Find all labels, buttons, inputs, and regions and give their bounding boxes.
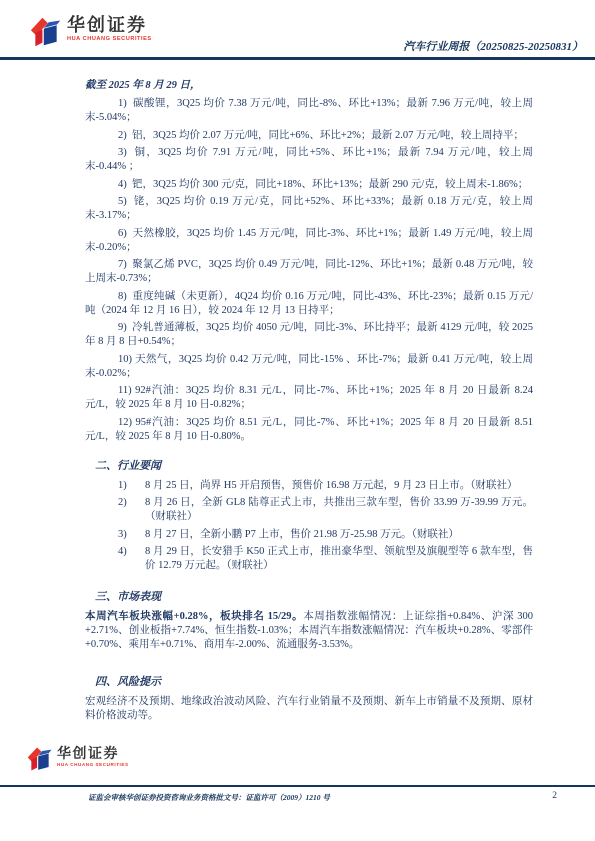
item-number: 3) (118, 147, 127, 158)
price-item: 3) 铜，3Q25 均价 7.91 万元/吨，同比+5%、环比+1%；最新 7.… (85, 146, 533, 174)
logo-name-en: HUA CHUANG SECURITIES (57, 763, 129, 768)
item-number: 12) (118, 417, 132, 428)
item-text: 天然橡胶，3Q25 均价 1.45 万元/吨，同比-3%、环比+1%；最新 1.… (85, 228, 533, 253)
price-item: 6) 天然橡胶，3Q25 均价 1.45 万元/吨，同比-3%、环比+1%；最新… (85, 227, 533, 255)
footer-company-logo: 华创证券 HUA CHUANG SECURITIES (27, 746, 129, 772)
item-number: 2) (118, 130, 127, 141)
section-heading-risk: 四、风险提示 (85, 675, 533, 689)
news-item: 2)8 月 26 日，全新 GL8 陆尊正式上市，共推出三款车型，售价 33.9… (85, 496, 533, 524)
item-text: 8 月 29 日，长安猎手 K50 正式上市，推出豪华型、领航型及旗舰型等 6 … (145, 545, 533, 573)
item-number: 4) (118, 179, 127, 190)
item-number: 1) (118, 479, 145, 493)
item-text: 铝，3Q25 均价 2.07 万元/吨，同比+6%、环比+2%；最新 2.07 … (132, 130, 524, 141)
date-lead: 截至 2025 年 8 月 29 日， (85, 79, 533, 93)
item-text: 铜，3Q25 均价 7.91 万元/吨，同比+5%、环比+1%；最新 7.94 … (85, 147, 533, 172)
logo-name-en: HUA CHUANG SECURITIES (67, 37, 152, 43)
item-text: 95#汽油：3Q25 均价 8.51 元/L，同比-7%、环比+1%；2025 … (85, 417, 533, 442)
huachuang-cube-icon (30, 16, 62, 48)
page-number: 2 (552, 791, 557, 801)
item-text: 冷轧普通薄板，3Q25 均价 4050 元/吨，同比-3%、环比持平；最新 41… (85, 322, 533, 347)
item-text: 8 月 27 日，全新小鹏 P7 上市，售价 21.98 万-25.98 万元。… (145, 528, 533, 542)
report-page: 华创证券 HUA CHUANG SECURITIES 汽车行业周报（202508… (0, 0, 595, 841)
logo-name-cn: 华创证券 (57, 746, 129, 760)
footer-license-text: 证监会审核华创证券投资咨询业务资格批文号：证监许可（2009）1210 号 (88, 792, 330, 803)
price-item: 8) 重度纯碱（未更新），4Q24 均价 0.16 万元/吨，同比-43%、环比… (85, 290, 533, 318)
risk-paragraph: 宏观经济不及预期、地缘政治波动风险、汽车行业销量不及预期、新车上市销量不及预期、… (85, 695, 533, 723)
item-text: 碳酸锂，3Q25 均价 7.38 万元/吨，同比-8%、环比+13%；最新 7.… (85, 98, 533, 123)
item-number: 3) (118, 528, 145, 542)
news-item: 4)8 月 29 日，长安猎手 K50 正式上市，推出豪华型、领航型及旗舰型等 … (85, 545, 533, 573)
huachuang-cube-icon (27, 746, 53, 772)
item-number: 2) (118, 496, 145, 524)
price-item: 9) 冷轧普通薄板，3Q25 均价 4050 元/吨，同比-3%、环比持平；最新… (85, 321, 533, 349)
item-text: 天然气，3Q25 均价 0.42 万元/吨，同比-15% 、环比-7%；最新 0… (85, 354, 533, 379)
price-item: 4) 钯，3Q25 均价 300 元/克，同比+18%、环比+13%；最新 29… (85, 178, 533, 192)
item-number: 8) (118, 291, 127, 302)
section-heading-market: 三、市场表现 (85, 590, 533, 604)
market-paragraph: 本周汽车板块涨幅+0.28%，板块排名 15/29。本周指数涨幅情况：上证综指+… (85, 610, 533, 652)
report-title: 汽车行业周报（20250825-20250831） (403, 38, 583, 54)
item-number: 6) (118, 228, 127, 239)
news-item: 1)8 月 25 日，尚界 H5 开启预售，预售价 16.98 万元起，9 月 … (85, 479, 533, 493)
market-lead: 本周汽车板块涨幅+0.28%，板块排名 15/29。 (85, 611, 303, 622)
item-text: 8 月 25 日，尚界 H5 开启预售，预售价 16.98 万元起，9 月 23… (145, 479, 533, 493)
logo-name-cn: 华创证券 (67, 16, 152, 34)
footer-rule (0, 785, 595, 787)
header-rule (0, 57, 595, 60)
item-text: 铑，3Q25 均价 0.19 万元/克，同比+52%、环比+33%；最新 0.1… (85, 196, 533, 221)
item-number: 10) (118, 354, 132, 365)
report-body: 截至 2025 年 8 月 29 日， 1) 碳酸锂，3Q25 均价 7.38 … (85, 79, 533, 723)
item-number: 7) (118, 259, 127, 270)
item-number: 1) (118, 98, 127, 109)
news-item: 3)8 月 27 日，全新小鹏 P7 上市，售价 21.98 万-25.98 万… (85, 528, 533, 542)
price-item: 10) 天然气，3Q25 均价 0.42 万元/吨，同比-15% 、环比-7%；… (85, 353, 533, 381)
item-number: 4) (118, 545, 145, 573)
item-text: 92#汽油：3Q25 均价 8.31 元/L，同比-7%、环比+1%；2025 … (85, 385, 533, 410)
item-number: 11) (118, 385, 132, 396)
price-item: 7) 聚氯乙烯 PVC，3Q25 均价 0.49 万元/吨，同比-12%、环比+… (85, 258, 533, 286)
item-text: 钯，3Q25 均价 300 元/克，同比+18%、环比+13%；最新 290 元… (132, 179, 528, 190)
price-item: 11) 92#汽油：3Q25 均价 8.31 元/L，同比-7%、环比+1%；2… (85, 384, 533, 412)
price-item: 2) 铝，3Q25 均价 2.07 万元/吨，同比+6%、环比+2%；最新 2.… (85, 129, 533, 143)
price-item: 5) 铑，3Q25 均价 0.19 万元/克，同比+52%、环比+33%；最新 … (85, 195, 533, 223)
company-logo: 华创证券 HUA CHUANG SECURITIES (30, 16, 152, 48)
item-number: 5) (118, 196, 127, 207)
item-text: 重度纯碱（未更新），4Q24 均价 0.16 万元/吨，同比-43%、环比-23… (85, 291, 533, 316)
item-text: 聚氯乙烯 PVC，3Q25 均价 0.49 万元/吨，同比-12%、环比+1%；… (85, 259, 533, 284)
price-item: 12) 95#汽油：3Q25 均价 8.51 元/L，同比-7%、环比+1%；2… (85, 416, 533, 444)
price-item: 1) 碳酸锂，3Q25 均价 7.38 万元/吨，同比-8%、环比+13%；最新… (85, 97, 533, 125)
item-text: 8 月 26 日，全新 GL8 陆尊正式上市，共推出三款车型，售价 33.99 … (145, 496, 533, 524)
item-number: 9) (118, 322, 127, 333)
section-heading-news: 二、行业要闻 (85, 459, 533, 473)
